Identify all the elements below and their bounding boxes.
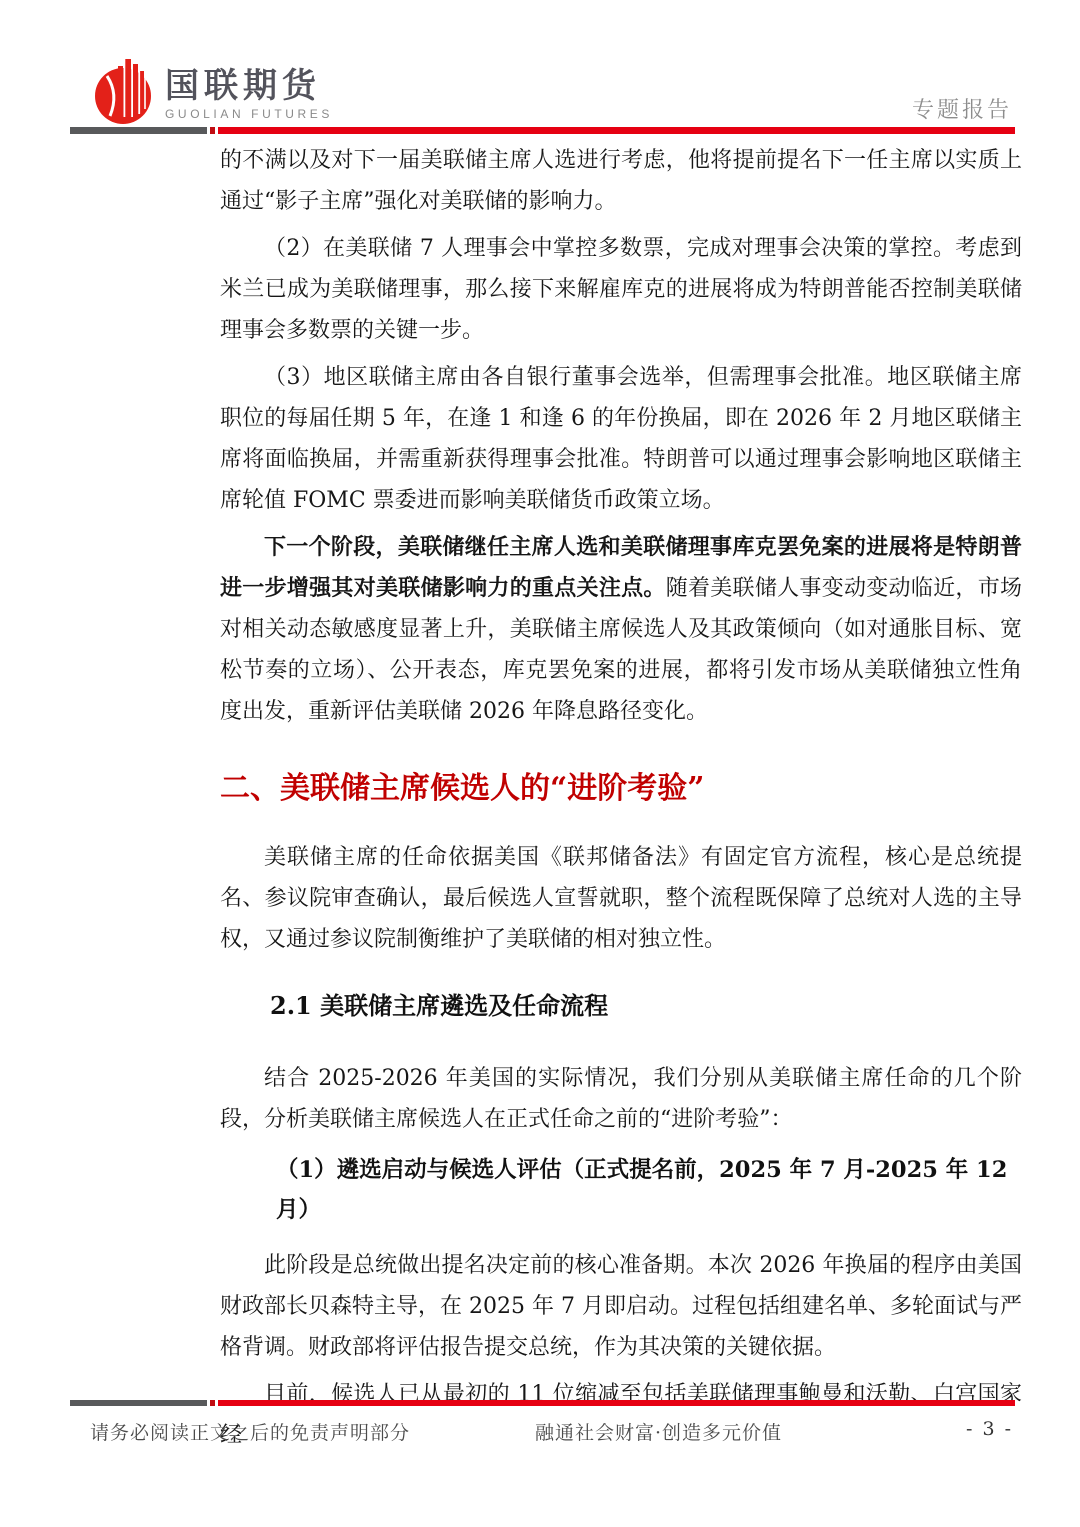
report-type-label: 专题报告 [912, 93, 1012, 124]
rule-gray-segment [70, 127, 207, 134]
paragraph-continuation: 的不满以及对下一届美联储主席人选进行考虑，他将提前提名下一任主席以实质上通过“影… [220, 140, 1022, 222]
rule-red-segment [218, 1400, 1015, 1406]
paragraph-next-stage: 下一个阶段，美联储继任主席人选和美联储理事库克罢免案的进展将是特朗普进一步增强其… [220, 527, 1022, 732]
stage-1-heading: （1）遴选启动与候选人评估（正式提名前，2025 年 7 月-2025 年 12… [276, 1150, 1022, 1230]
subsection-heading-2-1: 2.1 美联储主席遴选及任命流程 [270, 988, 1022, 1024]
footer-slogan: 融通社会财富·创造多元价值 [535, 1418, 782, 1445]
rule-red-segment [218, 127, 1015, 134]
report-page: 国联期货 GUOLIAN FUTURES 专题报告 的不满以及对下一届美联储主席… [0, 0, 1080, 1527]
section-heading-2: 二、美联储主席候选人的“进阶考验” [220, 769, 1022, 809]
logo-text: 国联期货 GUOLIAN FUTURES [165, 54, 333, 122]
guolian-logo-icon [93, 54, 155, 126]
logo-name-en: GUOLIAN FUTURES [165, 106, 333, 122]
page-footer: 请务必阅读正文之后的免责声明部分 融通社会财富·创造多元价值 - 3 - [0, 1414, 1080, 1448]
footer-rule [70, 1400, 1015, 1406]
header-rule [70, 127, 1015, 134]
paragraph-stage-1-detail: 此阶段是总统做出提名决定前的核心准备期。本次 2026 年换届的程序由美国财政部… [220, 1245, 1022, 1368]
paragraph-appointment-process: 美联储主席的任命依据美国《联邦储备法》有固定官方流程，核心是总统提名、参议院审查… [220, 837, 1022, 960]
paragraph-point-3: （3）地区联储主席由各自银行董事会选举，但需理事会批准。地区联储主席职位的每届任… [220, 357, 1022, 521]
page-header: 国联期货 GUOLIAN FUTURES 专题报告 [93, 54, 1012, 126]
rule-gray-segment [70, 1400, 207, 1406]
paragraph-point-2: （2）在美联储 7 人理事会中掌控多数票，完成对理事会决策的掌控。考虑到米兰已成… [220, 228, 1022, 351]
report-body: 的不满以及对下一届美联储主席人选进行考虑，他将提前提名下一任主席以实质上通过“影… [220, 140, 1022, 1462]
company-logo: 国联期货 GUOLIAN FUTURES [93, 54, 333, 126]
paragraph-combined-analysis: 结合 2025-2026 年美国的实际情况，我们分别从美联储主席任命的几个阶段，… [220, 1058, 1022, 1140]
footer-disclaimer: 请务必阅读正文之后的免责声明部分 [90, 1418, 410, 1445]
page-number: - 3 - [966, 1418, 1013, 1440]
logo-name-cn: 国联期货 [165, 68, 333, 104]
